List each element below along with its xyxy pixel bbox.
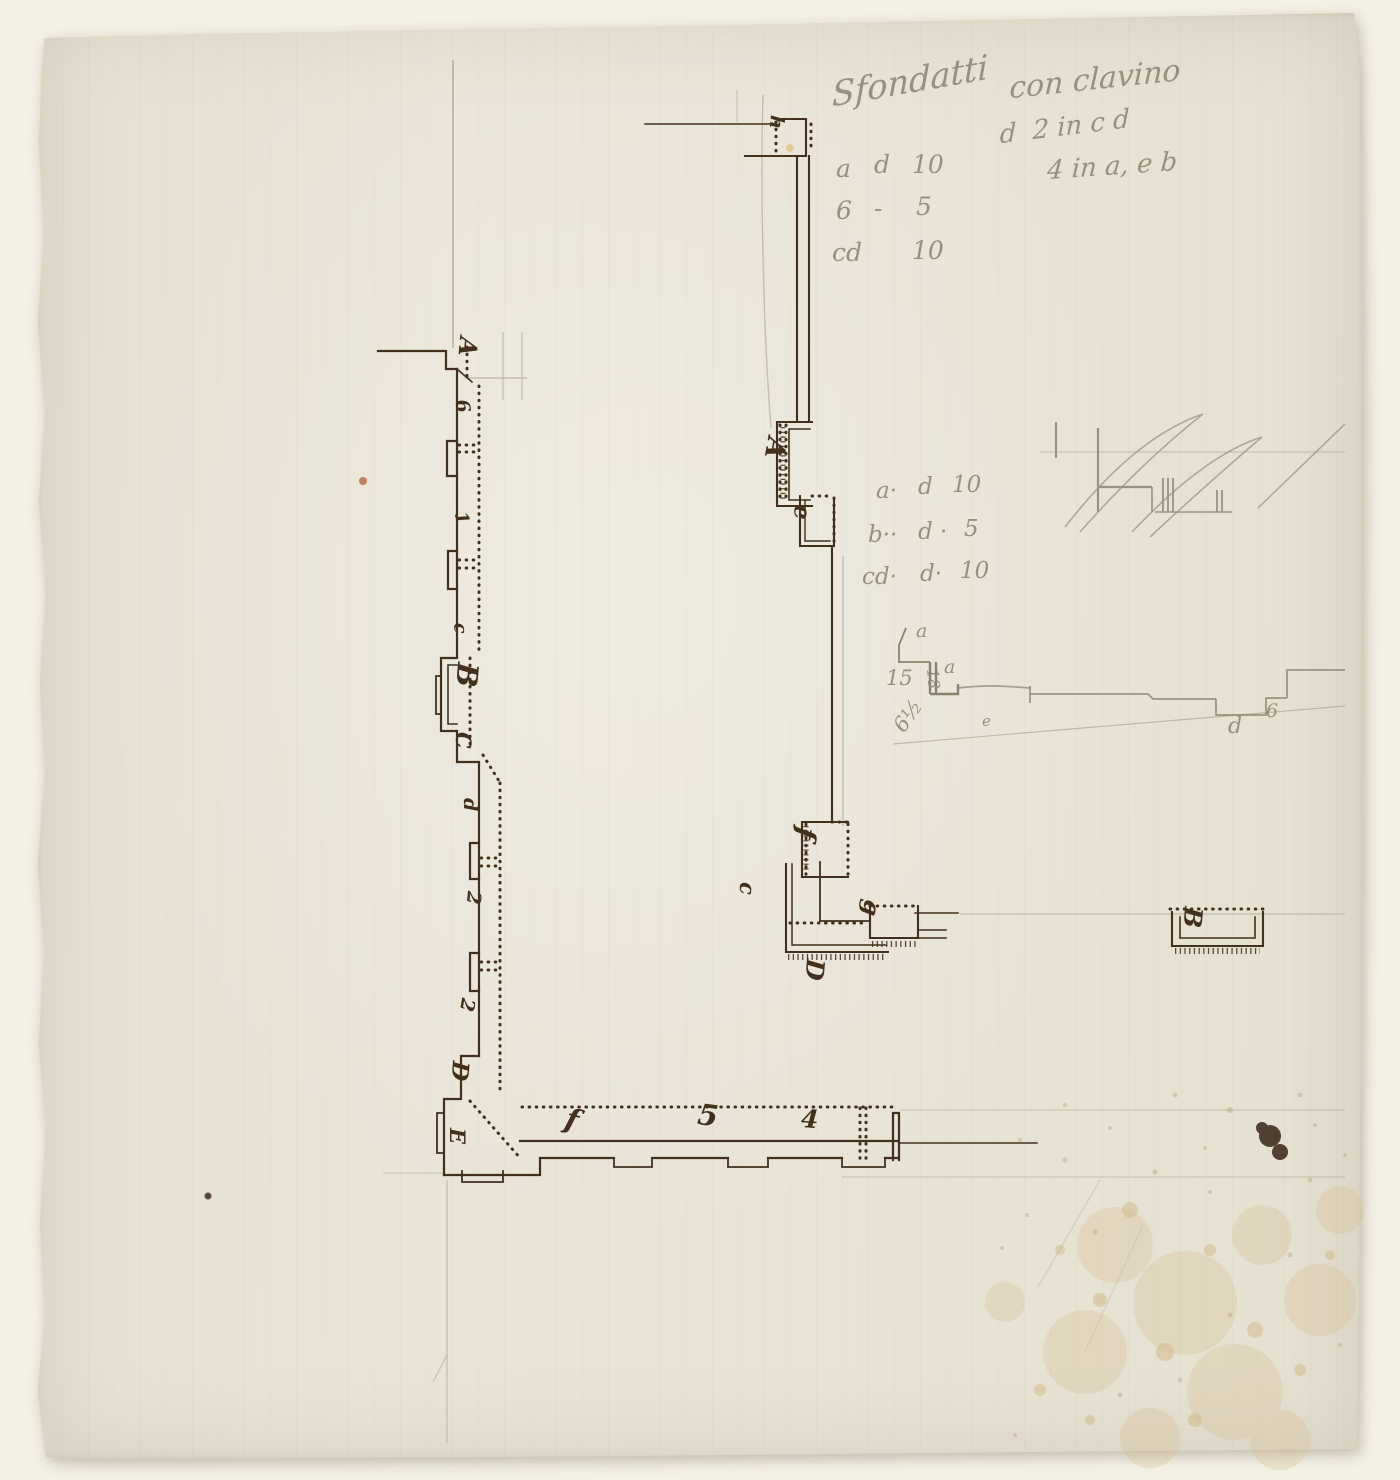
scanned-drawing: Sfondatti con clavino d 2 in c d 4 in a,…: [0, 0, 1400, 1480]
profile-label-18: 18: [924, 668, 942, 690]
top-list-row2-mid: -: [874, 196, 882, 221]
ink-left-wall: [378, 351, 540, 1182]
plan-line-work: [0, 0, 1400, 1480]
label-center-A: A: [760, 435, 790, 460]
large-soft-stains: [985, 1186, 1364, 1470]
mid-list-row2-mid: d ·: [918, 521, 947, 544]
label-left-A: A: [454, 336, 481, 358]
label-right-B: B: [1179, 906, 1206, 929]
label-bottom-4: 4: [800, 1106, 819, 1132]
label-left-C: C: [453, 732, 474, 749]
top-list-row3-key: cd: [832, 240, 862, 265]
mid-list-row2-val: 5: [964, 518, 979, 541]
ink-blot: [1256, 1122, 1288, 1160]
mid-list-row3-key: cd·: [862, 566, 897, 589]
stains: [205, 144, 1365, 1470]
top-list-row1-val: 10: [912, 152, 944, 177]
pencil-profile-sketch: [893, 628, 1345, 744]
profile-label-6: 6: [1266, 702, 1278, 721]
profile-label-d: d: [1228, 716, 1242, 738]
profile-label-e: e: [982, 714, 991, 729]
profile-label-a2: a: [944, 658, 955, 677]
ink-bottom-wall: [520, 1113, 1037, 1167]
top-list-row2-key: 6: [836, 198, 852, 223]
top-list-row2-val: 5: [916, 194, 932, 219]
top-list-row1-mid: d: [874, 152, 890, 177]
mid-list-row3-mid: d·: [920, 563, 942, 586]
label-center-e: e: [790, 504, 814, 521]
mid-list-row3-val: 10: [960, 560, 989, 583]
label-bottom-5: 5: [696, 1100, 720, 1132]
label-left-B: B: [451, 661, 482, 688]
profile-label-15: 15: [886, 668, 913, 689]
pencil-crossed-out-sketch: [1040, 414, 1345, 537]
mid-list-row1-mid: d: [918, 476, 933, 499]
label-center-D: D: [801, 958, 828, 982]
top-list-row1-key: a: [836, 156, 851, 181]
profile-label-a1: a: [916, 622, 927, 641]
mid-list-row1-key: a·: [876, 480, 897, 503]
label-left-d: d: [460, 798, 479, 811]
ink-hatch-bands: [783, 427, 1260, 957]
label-left-c: c: [450, 622, 469, 634]
label-center-h: h: [766, 114, 786, 129]
label-left-E: E: [447, 1128, 468, 1144]
pencil-guides: [383, 60, 1345, 1443]
mid-list-row2-key: b··: [868, 524, 897, 547]
label-left-D: D: [447, 1060, 472, 1082]
mid-list-row1-val: 10: [952, 474, 981, 497]
top-list-row3-val: 10: [912, 238, 944, 263]
label-left-2a: 2: [463, 890, 483, 905]
label-center-c: c: [737, 882, 758, 895]
ink-dotted-lines: [459, 122, 1265, 1162]
